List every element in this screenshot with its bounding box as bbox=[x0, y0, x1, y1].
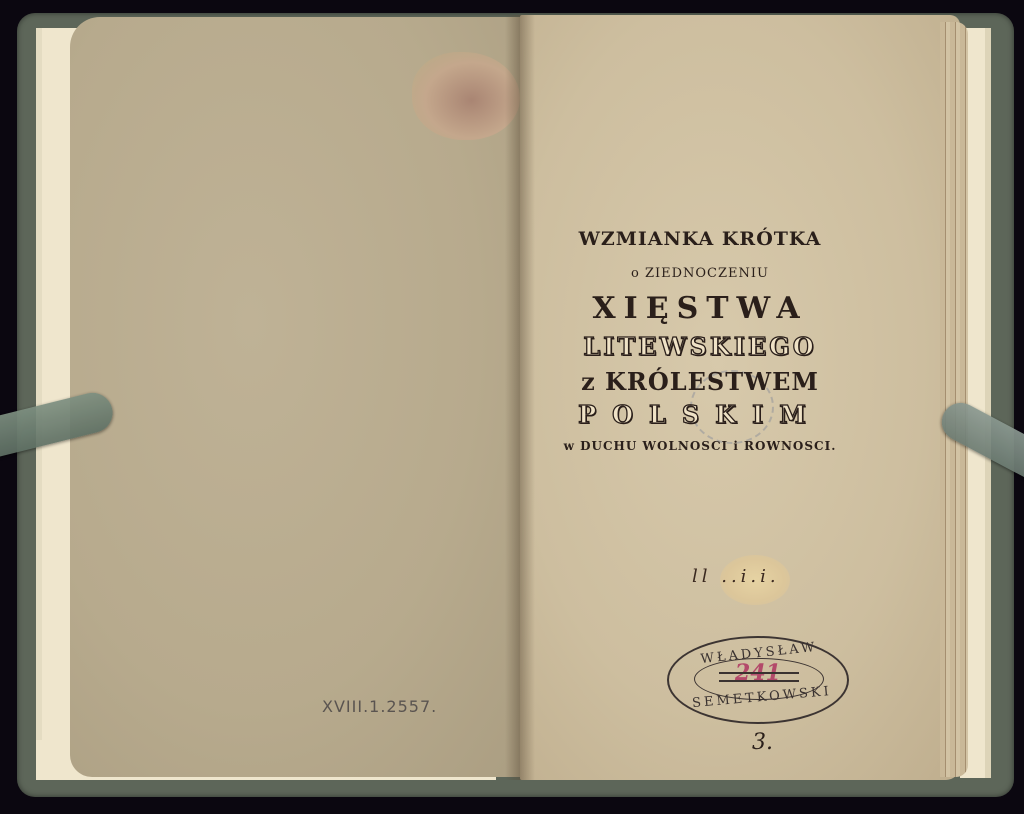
title-line-5: z KRÓLESTWEM bbox=[530, 367, 870, 396]
strike-line bbox=[719, 672, 799, 674]
title-line-4: LITEWSKIEGO bbox=[530, 332, 870, 361]
shelfmark-pencil-note: XVIII.1.2557. bbox=[322, 697, 437, 716]
title-line-6: POLSKIM bbox=[530, 400, 870, 429]
title-line-3: XIĘSTWA bbox=[530, 291, 870, 326]
water-stain bbox=[412, 52, 520, 140]
handwritten-signature: ll ..i.i. bbox=[692, 566, 780, 587]
page-number: 3. bbox=[752, 730, 773, 755]
page-edges bbox=[940, 22, 968, 777]
title-line-1: WZMIANKA KRÓTKA bbox=[530, 228, 870, 250]
ownership-stamp: WŁADYSŁAW 241 SEMETKOWSKI bbox=[667, 636, 849, 724]
title-line-2: o ZIEDNOCZENIU bbox=[530, 266, 870, 281]
title-line-7: w DUCHU WOLNOSCI i ROWNOSCI. bbox=[530, 439, 870, 453]
strike-line bbox=[719, 680, 799, 682]
title-block: WZMIANKA KRÓTKA o ZIEDNOCZENIU XIĘSTWA L… bbox=[530, 228, 870, 453]
right-endpaper-edge bbox=[985, 28, 991, 778]
